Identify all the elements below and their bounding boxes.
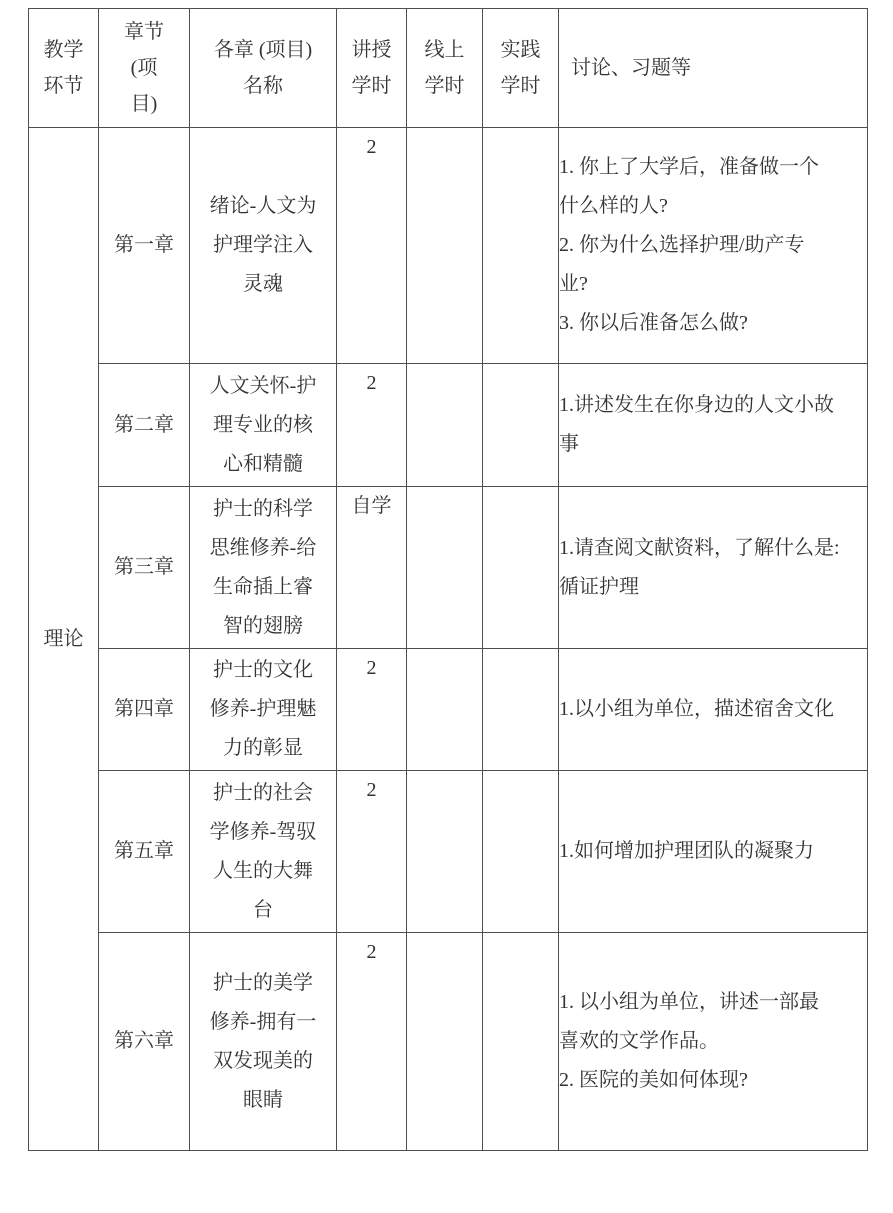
lecture-hours-cell: 自学 bbox=[337, 487, 407, 649]
table-row: 第五章 护士的社会 学修养-驾驭 人生的大舞 台 2 1.如何增加护理团队的凝聚… bbox=[29, 771, 868, 933]
table-row: 理论 第一章 绪论-人文为 护理学注入 灵魂 2 1. 你上了大学后，准备做一个… bbox=[29, 128, 868, 364]
discussion-cell: 1.如何增加护理团队的凝聚力 bbox=[559, 771, 868, 933]
chapter-name-cell: 人文关怀-护 理专业的核 心和精髓 bbox=[190, 364, 337, 487]
header-chapter: 章节 (项 目) bbox=[99, 9, 190, 128]
practice-hours-cell bbox=[483, 128, 559, 364]
header-chapter-name: 各章 (项目) 名称 bbox=[190, 9, 337, 128]
syllabus-table: 教学 环节 章节 (项 目) 各章 (项目) 名称 讲授 学时 线上 学时 实践… bbox=[28, 8, 868, 1151]
header-lecture-hours: 讲授 学时 bbox=[337, 9, 407, 128]
online-hours-cell bbox=[407, 364, 483, 487]
chapter-name-cell: 绪论-人文为 护理学注入 灵魂 bbox=[190, 128, 337, 364]
discussion-cell: 1.请查阅文献资料，了解什么是: 循证护理 bbox=[559, 487, 868, 649]
lecture-hours-cell: 2 bbox=[337, 364, 407, 487]
lecture-hours-cell: 2 bbox=[337, 771, 407, 933]
online-hours-cell bbox=[407, 933, 483, 1151]
online-hours-cell bbox=[407, 649, 483, 771]
chapter-name-cell: 护士的社会 学修养-驾驭 人生的大舞 台 bbox=[190, 771, 337, 933]
chapter-cell: 第三章 bbox=[99, 487, 190, 649]
table-row: 第二章 人文关怀-护 理专业的核 心和精髓 2 1.讲述发生在你身边的人文小故 … bbox=[29, 364, 868, 487]
table-header-row: 教学 环节 章节 (项 目) 各章 (项目) 名称 讲授 学时 线上 学时 实践… bbox=[29, 9, 868, 128]
chapter-name-cell: 护士的科学 思维修养-给 生命插上睿 智的翅膀 bbox=[190, 487, 337, 649]
discussion-cell: 1. 你上了大学后，准备做一个 什么样的人? 2. 你为什么选择护理/助产专 业… bbox=[559, 128, 868, 364]
practice-hours-cell bbox=[483, 487, 559, 649]
header-discussion: 讨论、习题等 bbox=[559, 9, 868, 128]
chapter-cell: 第一章 bbox=[99, 128, 190, 364]
lecture-hours-cell: 2 bbox=[337, 933, 407, 1151]
chapter-cell: 第二章 bbox=[99, 364, 190, 487]
practice-hours-cell bbox=[483, 933, 559, 1151]
header-online-hours: 线上 学时 bbox=[407, 9, 483, 128]
header-practice-hours: 实践 学时 bbox=[483, 9, 559, 128]
chapter-cell: 第四章 bbox=[99, 649, 190, 771]
online-hours-cell bbox=[407, 771, 483, 933]
section-cell-theory: 理论 bbox=[29, 128, 99, 1151]
chapter-name-cell: 护士的文化 修养-护理魅 力的彰显 bbox=[190, 649, 337, 771]
practice-hours-cell bbox=[483, 649, 559, 771]
discussion-cell: 1.以小组为单位，描述宿舍文化 bbox=[559, 649, 868, 771]
document-page: 教学 环节 章节 (项 目) 各章 (项目) 名称 讲授 学时 线上 学时 实践… bbox=[0, 0, 893, 1213]
table-row: 第四章 护士的文化 修养-护理魅 力的彰显 2 1.以小组为单位，描述宿舍文化 bbox=[29, 649, 868, 771]
online-hours-cell bbox=[407, 487, 483, 649]
chapter-name-cell: 护士的美学 修养-拥有一 双发现美的 眼睛 bbox=[190, 933, 337, 1151]
practice-hours-cell bbox=[483, 364, 559, 487]
chapter-cell: 第五章 bbox=[99, 771, 190, 933]
discussion-cell: 1. 以小组为单位，讲述一部最 喜欢的文学作品。 2. 医院的美如何体现? bbox=[559, 933, 868, 1151]
chapter-cell: 第六章 bbox=[99, 933, 190, 1151]
lecture-hours-cell: 2 bbox=[337, 649, 407, 771]
lecture-hours-cell: 2 bbox=[337, 128, 407, 364]
header-teaching-phase: 教学 环节 bbox=[29, 9, 99, 128]
table-row: 第六章 护士的美学 修养-拥有一 双发现美的 眼睛 2 1. 以小组为单位，讲述… bbox=[29, 933, 868, 1151]
table-row: 第三章 护士的科学 思维修养-给 生命插上睿 智的翅膀 自学 1.请查阅文献资料… bbox=[29, 487, 868, 649]
practice-hours-cell bbox=[483, 771, 559, 933]
discussion-cell: 1.讲述发生在你身边的人文小故 事 bbox=[559, 364, 868, 487]
online-hours-cell bbox=[407, 128, 483, 364]
